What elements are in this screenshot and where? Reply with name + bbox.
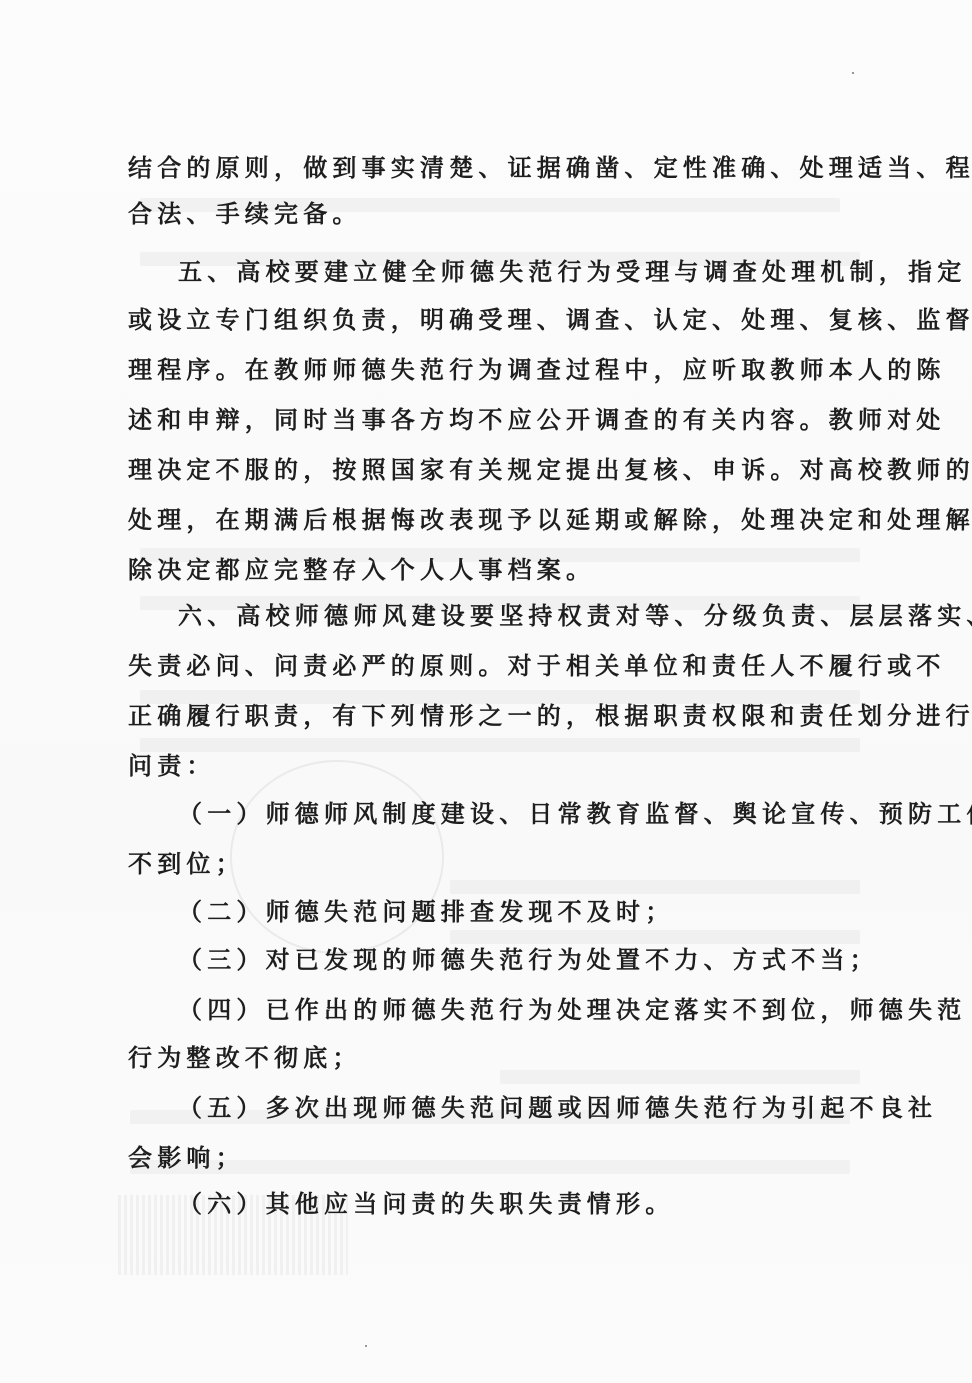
text-line: 除决定都应完整存入个人人事档案。 xyxy=(128,552,858,588)
text-line: 理程序。在教师师德失范行为调查过程中，应听取教师本人的陈 xyxy=(128,352,858,388)
list-item-4: （四）已作出的师德失范行为处理决定落实不到位，师德失范 xyxy=(178,992,858,1028)
scan-speck xyxy=(365,1345,367,1347)
text-line: 不到位； xyxy=(128,846,858,882)
text-line: 述和申辩，同时当事各方均不应公开调查的有关内容。教师对处 xyxy=(128,402,858,438)
text-line: 合法、手续完备。 xyxy=(128,196,858,232)
scan-speck xyxy=(852,72,854,74)
text-line: 处理，在期满后根据悔改表现予以延期或解除，处理决定和处理解 xyxy=(128,502,858,538)
text-line: 正确履行职责，有下列情形之一的，根据职责权限和责任划分进行 xyxy=(128,698,858,734)
section-six-heading-line: 六、高校师德师风建设要坚持权责对等、分级负责、层层落实、 xyxy=(178,598,858,634)
text-line: 结合的原则，做到事实清楚、证据确凿、定性准确、处理适当、程序 xyxy=(128,150,858,186)
list-item-2: （二）师德失范问题排查发现不及时； xyxy=(178,894,858,930)
text-line: 会影响； xyxy=(128,1140,858,1176)
text-line: 或设立专门组织负责，明确受理、调查、认定、处理、复核、监督等处 xyxy=(128,302,858,338)
list-item-6: （六）其他应当问责的失职失责情形。 xyxy=(178,1186,858,1222)
list-item-3: （三）对已发现的师德失范行为处置不力、方式不当； xyxy=(178,942,858,978)
text-line: 问责： xyxy=(128,748,858,784)
text-line: 行为整改不彻底； xyxy=(128,1040,858,1076)
list-item-1: （一）师德师风制度建设、日常教育监督、舆论宣传、预防工作 xyxy=(178,796,858,832)
list-item-5: （五）多次出现师德失范问题或因师德失范行为引起不良社 xyxy=(178,1090,858,1126)
scanned-page: 结合的原则，做到事实清楚、证据确凿、定性准确、处理适当、程序 合法、手续完备。 … xyxy=(0,0,972,1383)
bleed-through-artifact xyxy=(450,880,860,894)
text-line: 失责必问、问责必严的原则。对于相关单位和责任人不履行或不 xyxy=(128,648,858,684)
section-five-heading-line: 五、高校要建立健全师德失范行为受理与调查处理机制，指定 xyxy=(178,254,858,290)
text-line: 理决定不服的，按照国家有关规定提出复核、申诉。对高校教师的 xyxy=(128,452,858,488)
